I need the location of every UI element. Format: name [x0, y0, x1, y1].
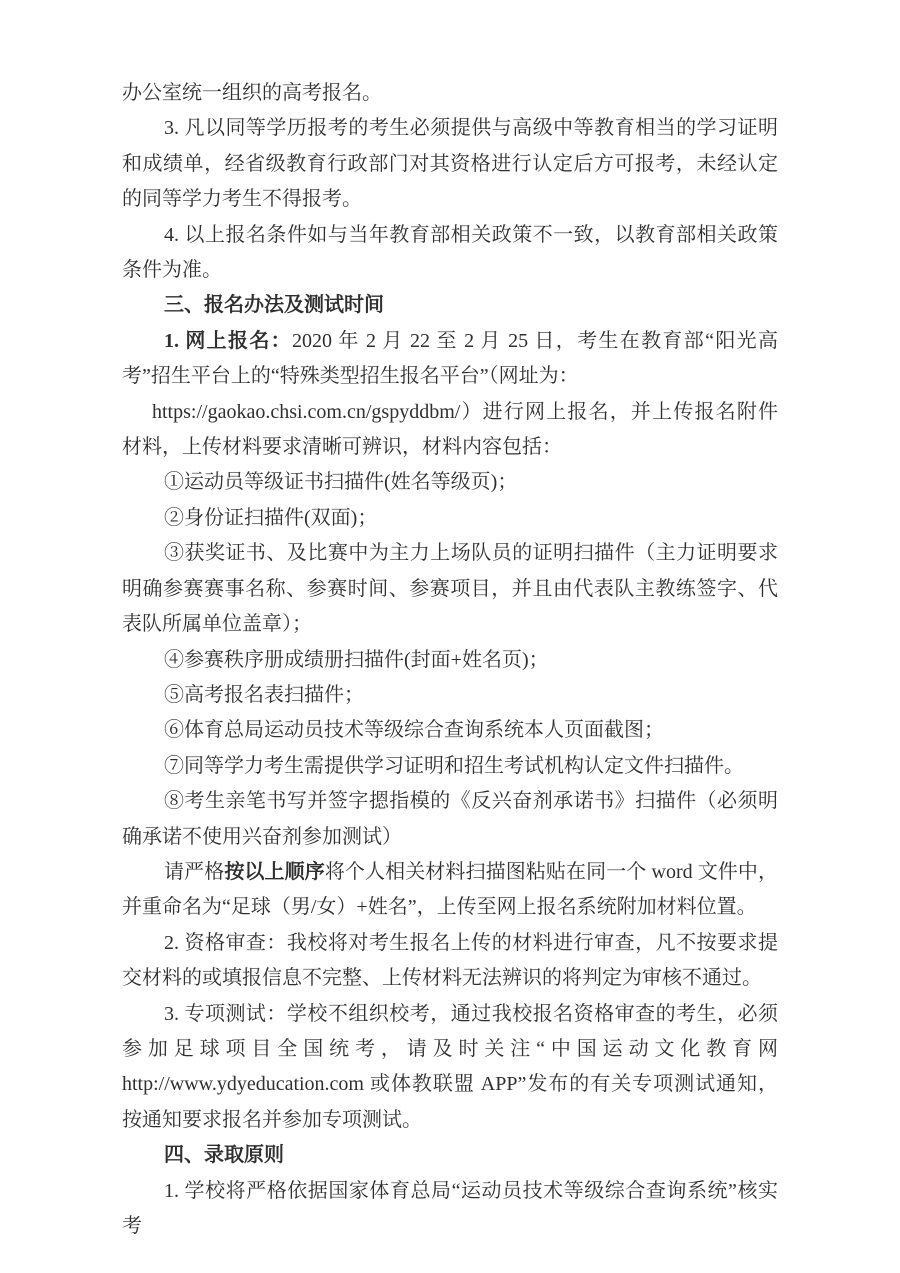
- bold-text-segment: 按以上顺序: [224, 861, 325, 883]
- text-segment: https://gaokao.chsi.com.cn/gspyddbm/）: [152, 401, 483, 423]
- text-segment: ④参赛秩序册成绩册扫描件(封面+姓名页)；: [164, 649, 549, 671]
- text-segment: ⑥体育总局运动员技术等级综合查询系统本人页面截图；: [164, 719, 664, 741]
- list-item-8-anti-doping-pledge: ⑧考生亲笔书写并签字摁指模的《反兴奋剂承诺书》扫描件（必须明确承诺不使用兴奋剂参…: [122, 784, 778, 855]
- text-segment: 3. 凡以同等学历报考的考生必须提供与高级中等教育相当的学习证明和成绩单，经省级…: [122, 117, 778, 210]
- text-segment: 办公室统一组织的高考报名。: [122, 82, 382, 104]
- para-special-test: 3. 专项测试：学校不组织校考，通过我校报名资格审查的考生，必须参加足球项目全国…: [122, 997, 778, 1139]
- heading-section-3-registration-method: 三、报名办法及测试时间: [122, 288, 778, 323]
- list-item-6-sports-bureau-screenshot: ⑥体育总局运动员技术等级综合查询系统本人页面截图；: [122, 713, 778, 748]
- text-segment: ③获奖证书、及比赛中为主力上场队员的证明扫描件（主力证明要求明确参赛赛事名称、参…: [122, 542, 778, 635]
- list-item-2-id-card: ②身份证扫描件(双面)；: [122, 501, 778, 536]
- para-continuation-gaokao-registration: 办公室统一组织的高考报名。: [122, 76, 778, 111]
- para-qualification-review: 2. 资格审查：我校将对考生报名上传的材料进行审查，凡不按要求提交材料的或填报信…: [122, 926, 778, 997]
- para-item-3-equivalent-qualification: 3. 凡以同等学历报考的考生必须提供与高级中等教育相当的学习证明和成绩单，经省级…: [122, 111, 778, 217]
- text-segment: 2. 资格审查：我校将对考生报名上传的材料进行审查，凡不按要求提交材料的或填报信…: [122, 932, 778, 989]
- list-item-5-gaokao-form: ⑤高考报名表扫描件；: [122, 678, 778, 713]
- bold-text-segment: 1. 网上报名：: [164, 330, 292, 352]
- para-registration-url: https://gaokao.chsi.com.cn/gspyddbm/）进行网…: [122, 395, 778, 466]
- text-segment: ①运动员等级证书扫描件(姓名等级页)；: [164, 471, 517, 493]
- text-segment: ⑦同等学力考生需提供学习证明和招生考试机构认定文件扫描件。: [164, 755, 744, 777]
- para-item-4-policy-alignment: 4. 以上报名条件如与当年教育部相关政策不一致，以教育部相关政策条件为准。: [122, 218, 778, 289]
- text-segment: ⑤高考报名表扫描件；: [164, 684, 364, 706]
- para-admission-1-verify-athlete-grade: 1. 学校将严格依据国家体育总局“运动员技术等级综合查询系统”核实考: [122, 1174, 778, 1245]
- text-segment: http://www.ydyeducation.com: [122, 1073, 364, 1095]
- para-online-registration: 1. 网上报名：2020 年 2 月 22 至 2 月 25 日，考生在教育部“…: [122, 324, 778, 395]
- document-body: 办公室统一组织的高考报名。3. 凡以同等学历报考的考生必须提供与高级中等教育相当…: [0, 0, 900, 1244]
- text-segment: ②身份证扫描件(双面)；: [164, 507, 377, 529]
- list-item-3-award-certificate: ③获奖证书、及比赛中为主力上场队员的证明扫描件（主力证明要求明确参赛赛事名称、参…: [122, 536, 778, 642]
- text-segment: ⑧考生亲笔书写并签字摁指模的《反兴奋剂承诺书》扫描件（必须明确承诺不使用兴奋剂参…: [122, 790, 778, 847]
- bold-text-segment: 三、报名办法及测试时间: [164, 294, 384, 316]
- bold-text-segment: 四、录取原则: [164, 1144, 284, 1166]
- text-segment: 请严格: [164, 861, 224, 883]
- text-segment: 4. 以上报名条件如与当年教育部相关政策不一致，以教育部相关政策条件为准。: [122, 224, 778, 281]
- list-item-1-athlete-certificate: ①运动员等级证书扫描件(姓名等级页)；: [122, 465, 778, 500]
- text-segment: 1. 学校将严格依据国家体育总局“运动员技术等级综合查询系统”核实考: [122, 1180, 778, 1237]
- list-item-7-equivalent-qualification-proof: ⑦同等学力考生需提供学习证明和招生考试机构认定文件扫描件。: [122, 749, 778, 784]
- list-item-4-competition-roster: ④参赛秩序册成绩册扫描件(封面+姓名页)；: [122, 643, 778, 678]
- para-order-instruction: 请严格按以上顺序将个人相关材料扫描图粘贴在同一个 word 文件中，并重命名为“…: [122, 855, 778, 926]
- document-page: 办公室统一组织的高考报名。3. 凡以同等学历报考的考生必须提供与高级中等教育相当…: [0, 0, 900, 1273]
- heading-section-4-admission-principles: 四、录取原则: [122, 1138, 778, 1173]
- text-segment: 3. 专项测试：学校不组织校考，通过我校报名资格审查的考生，必须参加足球项目全国…: [122, 1003, 778, 1060]
